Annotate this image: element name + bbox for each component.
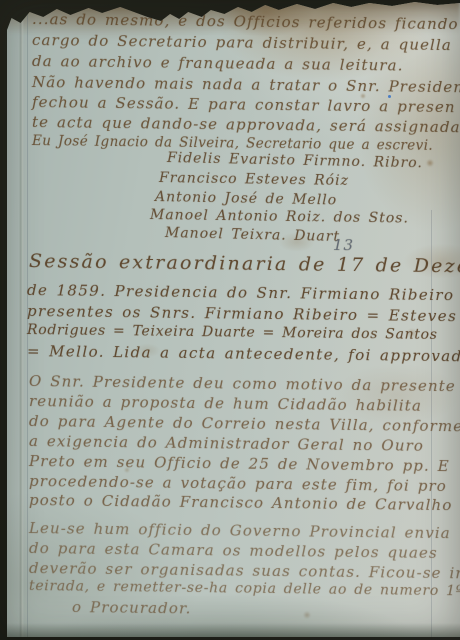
manuscript-page: ...as do mesmo, e dos Officios referidos…: [7, 0, 460, 637]
photo-frame: ...as do mesmo, e dos Officios referidos…: [0, 0, 460, 640]
left-crease: [20, 0, 23, 637]
page-number: 13: [333, 236, 354, 254]
bottom-shadow: [7, 623, 460, 637]
manuscript-line: o Procurador.: [72, 598, 192, 617]
signature-line: Francisco Esteves Róiz: [159, 170, 349, 189]
